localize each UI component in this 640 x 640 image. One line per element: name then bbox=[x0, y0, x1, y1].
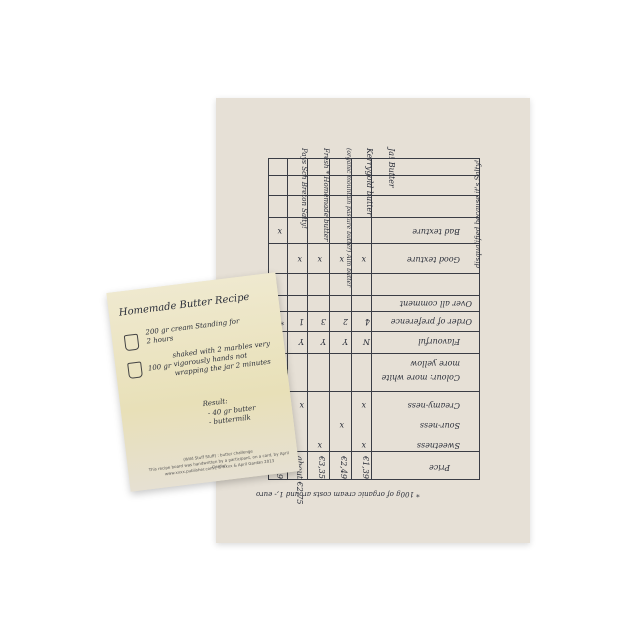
row-label-creaminess: Creamy-ness bbox=[408, 401, 460, 410]
flavour-1: N bbox=[363, 337, 370, 346]
mark: x bbox=[361, 441, 366, 450]
recipe-step-2-amount: 100 gr bbox=[147, 362, 171, 374]
pref-2: 2 bbox=[343, 317, 348, 326]
mark: x bbox=[339, 255, 344, 264]
row-line bbox=[268, 311, 480, 312]
footnote: * 100g of organic cream costs around 1,-… bbox=[256, 490, 420, 498]
column-line bbox=[351, 158, 352, 480]
mark: x bbox=[297, 255, 302, 264]
mark: x bbox=[317, 441, 322, 450]
price-3: €3,35 bbox=[317, 456, 326, 479]
recipe-step-2: shaked with 2 marbles very vigorously ha… bbox=[172, 339, 275, 378]
side-note: disqualified because it's Salty! bbox=[474, 160, 482, 268]
column-line bbox=[307, 158, 308, 480]
mark: x bbox=[339, 421, 344, 430]
row-label-comment: Over all comment bbox=[400, 299, 472, 308]
row-label-preference: Order of preference bbox=[391, 317, 472, 326]
row-label-bad-texture: Bad texture bbox=[412, 227, 460, 236]
mark: x bbox=[361, 255, 366, 264]
row-label-colour: Colour: more white bbox=[381, 373, 460, 382]
row-line bbox=[268, 353, 480, 354]
tasting-table: Price Sweetness Sour-ness Creamy-ness Co… bbox=[268, 158, 480, 480]
recipe-card: Homemade Butter Recipe 200 gr cream Stan… bbox=[106, 272, 299, 491]
row-line bbox=[268, 243, 480, 244]
row-line bbox=[268, 195, 480, 196]
flavour-2: Y bbox=[343, 337, 348, 346]
row-label-sourness: Sour-ness bbox=[420, 421, 460, 430]
row-label-flavourful: Flavourful bbox=[418, 337, 460, 346]
price-1: €1,39 bbox=[361, 456, 370, 479]
jar-icon bbox=[124, 334, 140, 352]
row-label-sweetness: Sweetness bbox=[417, 441, 460, 450]
row-line bbox=[268, 217, 480, 218]
row-label-price: Price bbox=[429, 463, 450, 472]
flavour-4: Y bbox=[299, 337, 304, 346]
pref-3: 3 bbox=[321, 317, 326, 326]
row-line bbox=[268, 295, 480, 296]
row-line bbox=[268, 331, 480, 332]
recipe-title: Homemade Butter Recipe bbox=[118, 292, 250, 319]
pref-4: 1 bbox=[299, 317, 304, 326]
flavour-3: Y bbox=[321, 337, 326, 346]
column-line bbox=[329, 158, 330, 480]
jar-icon bbox=[127, 361, 143, 379]
mark: x bbox=[277, 227, 282, 236]
pref-1: 4 bbox=[365, 317, 370, 326]
row-label-good-texture: Good texture bbox=[407, 255, 460, 264]
row-line bbox=[268, 175, 480, 176]
price-2: €2,49 bbox=[339, 456, 348, 479]
recipe-step-1: 200 gr cream Standing for 2 hours bbox=[145, 316, 246, 346]
mark: x bbox=[299, 401, 304, 410]
row-label-yellow: more yellow bbox=[410, 359, 460, 368]
column-line bbox=[371, 158, 372, 480]
mark: x bbox=[361, 401, 366, 410]
mark: x bbox=[317, 255, 322, 264]
row-line bbox=[268, 451, 480, 452]
row-line bbox=[268, 273, 480, 274]
row-line bbox=[268, 391, 480, 392]
